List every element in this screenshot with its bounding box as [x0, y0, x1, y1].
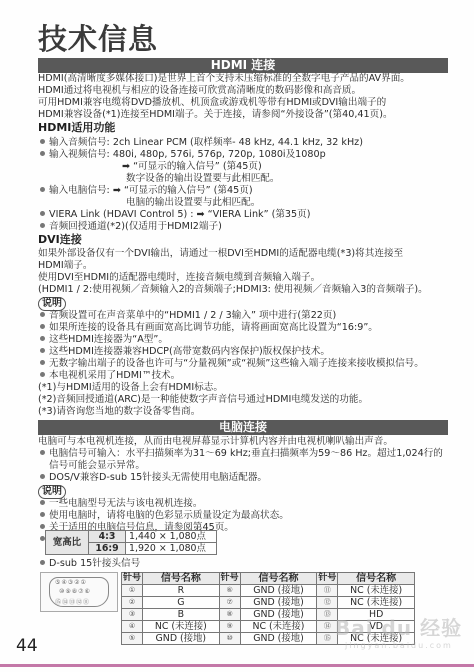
bullet-icon	[40, 139, 45, 144]
hdmi-intro-line: HDMI兼容设备(*1)连接至HDMI端子。关于连接，请参阅“外接设备”(第40…	[38, 109, 393, 121]
dvi-line: HDMI端子。	[38, 260, 93, 272]
hdmi-features-title: HDMI适用功能	[38, 121, 115, 135]
page-number: 44	[16, 636, 38, 656]
pc-note-item: 使用电脑时，请将电脑的色彩显示质量设定为最高状态。	[40, 510, 289, 522]
page-title: 技术信息	[38, 22, 158, 56]
ratio-cell: 16:9	[89, 543, 126, 555]
note-item: 如果所连接的设备具有画面宽高比调节功能，请将画面宽高比设置为“16:9”。	[40, 322, 378, 334]
feature-video-note: 数字设备的输出设置要与此相匹配。	[126, 173, 280, 185]
bullet-icon	[40, 500, 45, 505]
pc-bullet: 电脑信号可输入：水平扫描频率为31～69 kHz;垂直扫描频率为59～86 Hz…	[40, 448, 443, 460]
dvi-line: 如果外部设备仅有一个DVI输出，请通过一根DVI至HDMI的适配器电缆(*3)将…	[38, 248, 403, 260]
table-row: ②G ⑦GND (接地) ⑫NC (未连接)	[122, 597, 415, 609]
signal-name: GND (接地)	[240, 633, 317, 645]
pin-number: ⑤	[122, 633, 143, 645]
pin-number: ⑩	[219, 633, 240, 645]
note-item: 这些HDMI连接器为“A型”。	[40, 334, 168, 346]
bullet-icon	[40, 474, 45, 479]
table-header-row: 针号 信号名称 针号 信号名称 针号 信号名称	[122, 573, 415, 585]
pin-header: 针号	[122, 573, 143, 585]
notes-label: 说明	[38, 297, 66, 311]
feature-video-input: 输入视频信号: 480i, 480p, 576i, 576p, 720p, 10…	[40, 149, 326, 161]
bullet-icon	[40, 312, 45, 317]
hdmi-intro-line: HDMI(高清晰度多媒体接口)是世界上首个支持未压缩标准的全数字电子产品的AV界…	[38, 73, 410, 85]
note-item: 无数字输出端子的设备也许可与“分量视频”或“视频”这些输入端子连接来接收模拟信号…	[40, 358, 424, 370]
bullet-icon	[40, 348, 45, 353]
bullet-icon	[40, 336, 45, 341]
signal-header: 信号名称	[240, 573, 317, 585]
pin-number: ③	[122, 609, 143, 621]
pin-number: ⑦	[219, 597, 240, 609]
bullet-icon	[40, 372, 45, 377]
dsub-title: D-sub 15针接头信号	[40, 558, 140, 570]
signal-name: NC (未连接)	[338, 585, 415, 597]
pin-number: ②	[122, 597, 143, 609]
feature-pc-note: 电脑的输出设置要与此相匹配。	[126, 197, 260, 209]
signal-name: GND (接地)	[240, 609, 317, 621]
table-row: ①R ⑥GND (接地) ⑪NC (未连接)	[122, 585, 415, 597]
pin-header: 针号	[219, 573, 240, 585]
feature-viera-link: VIERA Link (HDAVI Control 5) : ➡ “VIERA …	[40, 209, 310, 221]
pc-note-item: 一些电脑型号无法与该电视机连接。	[40, 498, 203, 510]
pin-number: ⑫	[317, 597, 338, 609]
bullet-icon	[40, 223, 45, 228]
table-row: 宽高比 4:3 1,440 × 1,080点	[46, 531, 217, 543]
footnote: (*1)与HDMI适用的设备上会有HDMI标志。	[38, 382, 223, 394]
note-item: 本电视机采用了HDMI™技术。	[40, 370, 180, 382]
note-item: 音频设置可在声音菜单中的“HDMI1 / 2 / 3输入” 项中进行(第22页)	[40, 310, 336, 322]
footnote: (*3)请咨询您当地的数字设备零售商。	[38, 406, 200, 418]
hdmi-intro-line: 可用HDMI兼容电缆将DVD播放机、机顶盒或游戏机等带有HDMI或DVI输出端子…	[38, 97, 386, 109]
watermark: Bai du 经验 jingyan.baidu.com	[335, 612, 462, 650]
hdmi-intro-line: HDMI通过将电视机与相应的设备连接可欣赏高清晰度的数码影像和高音质。	[38, 85, 361, 97]
feature-pc-input: 输入电脑信号: ➡ “可显示的输入信号” (第45页)	[40, 185, 253, 197]
dvi-line: 使用DVI至HDMI的适配器电缆时，连接音频电缆到音频输入端子。	[38, 272, 320, 284]
pc-section-header: 电脑连接	[38, 420, 448, 435]
document-page: 技术信息 HDMI 连接 HDMI(高清晰度多媒体接口)是世界上首个支持未压缩标…	[0, 0, 474, 672]
resolution-cell: 1,920 × 1,080点	[126, 543, 217, 555]
feature-audio-input: 输入音频信号: 2ch Linear PCM (取样频率- 48 kHz, 44…	[40, 137, 363, 149]
resolution-cell: 1,440 × 1,080点	[126, 531, 217, 543]
resolution-table: 宽高比 4:3 1,440 × 1,080点 16:9 1,920 × 1,08…	[45, 530, 217, 555]
feature-video-ref: ➡ “可显示的输入信号” (第45页)	[122, 161, 262, 173]
signal-name: GND (接地)	[240, 597, 317, 609]
dvi-line: (HDMI1 / 2:使用视频／音频输入2的音频端子;HDMI3: 使用视频／音…	[38, 284, 428, 296]
pin-number: ①	[122, 585, 143, 597]
pin-header: 针号	[317, 573, 338, 585]
note-item: 这些HDMI连接器兼容HDCP(高带宽数码内容保护)版权保护技术。	[40, 346, 330, 358]
pc-bullet-cont: 信号可能会显示异常。	[49, 460, 145, 472]
signal-name: B	[143, 609, 220, 621]
signal-name: NC (未连接)	[143, 621, 220, 633]
pin-number: ④	[122, 621, 143, 633]
pc-bullet: DOS/V兼容D-sub 15针接头无需使用电脑适配器。	[40, 472, 267, 484]
bullet-icon	[40, 151, 45, 156]
footnote: (*2)音频回授通道(ARC)是一种能使数字声音信号通过HDMI电缆发送的功能。	[38, 394, 368, 406]
pin-number: ⑧	[219, 609, 240, 621]
aspect-ratio-header: 宽高比	[46, 531, 89, 555]
pc-notes-label: 说明	[38, 485, 66, 499]
hdmi-section-header: HDMI 连接	[38, 58, 448, 73]
pin-number: ⑪	[317, 585, 338, 597]
ratio-cell: 4:3	[89, 531, 126, 543]
signal-name: GND (接地)	[240, 585, 317, 597]
bottom-border-strip	[0, 664, 474, 667]
pin-number: ⑨	[219, 621, 240, 633]
signal-name: G	[143, 597, 220, 609]
pc-intro: 电脑可与本电视机连接，从而由电视屏幕显示计算机内容并由电视机喇叭输出声音。	[38, 436, 393, 448]
bullet-icon	[40, 360, 45, 365]
signal-header: 信号名称	[338, 573, 415, 585]
bullet-icon	[40, 524, 45, 529]
bullet-icon	[40, 450, 45, 455]
signal-name: R	[143, 585, 220, 597]
dsub-connector-diagram: ⑤④③②① ⑩⑨⑧⑦⑥ ⑮⑭⑬⑫⑪	[40, 572, 118, 612]
pin-number: ⑥	[219, 585, 240, 597]
bullet-icon	[40, 187, 45, 192]
signal-header: 信号名称	[143, 573, 220, 585]
feature-arc: 音频回授通道(*2)(仅适用于HDMI2端子)	[40, 221, 222, 233]
bullet-icon	[40, 211, 45, 216]
bullet-icon	[40, 560, 45, 565]
signal-name: NC (未连接)	[240, 621, 317, 633]
bullet-icon	[40, 512, 45, 517]
bullet-icon	[40, 324, 45, 329]
signal-name: GND (接地)	[143, 633, 220, 645]
signal-name: NC (未连接)	[338, 597, 415, 609]
dvi-title: DVI连接	[38, 233, 82, 247]
